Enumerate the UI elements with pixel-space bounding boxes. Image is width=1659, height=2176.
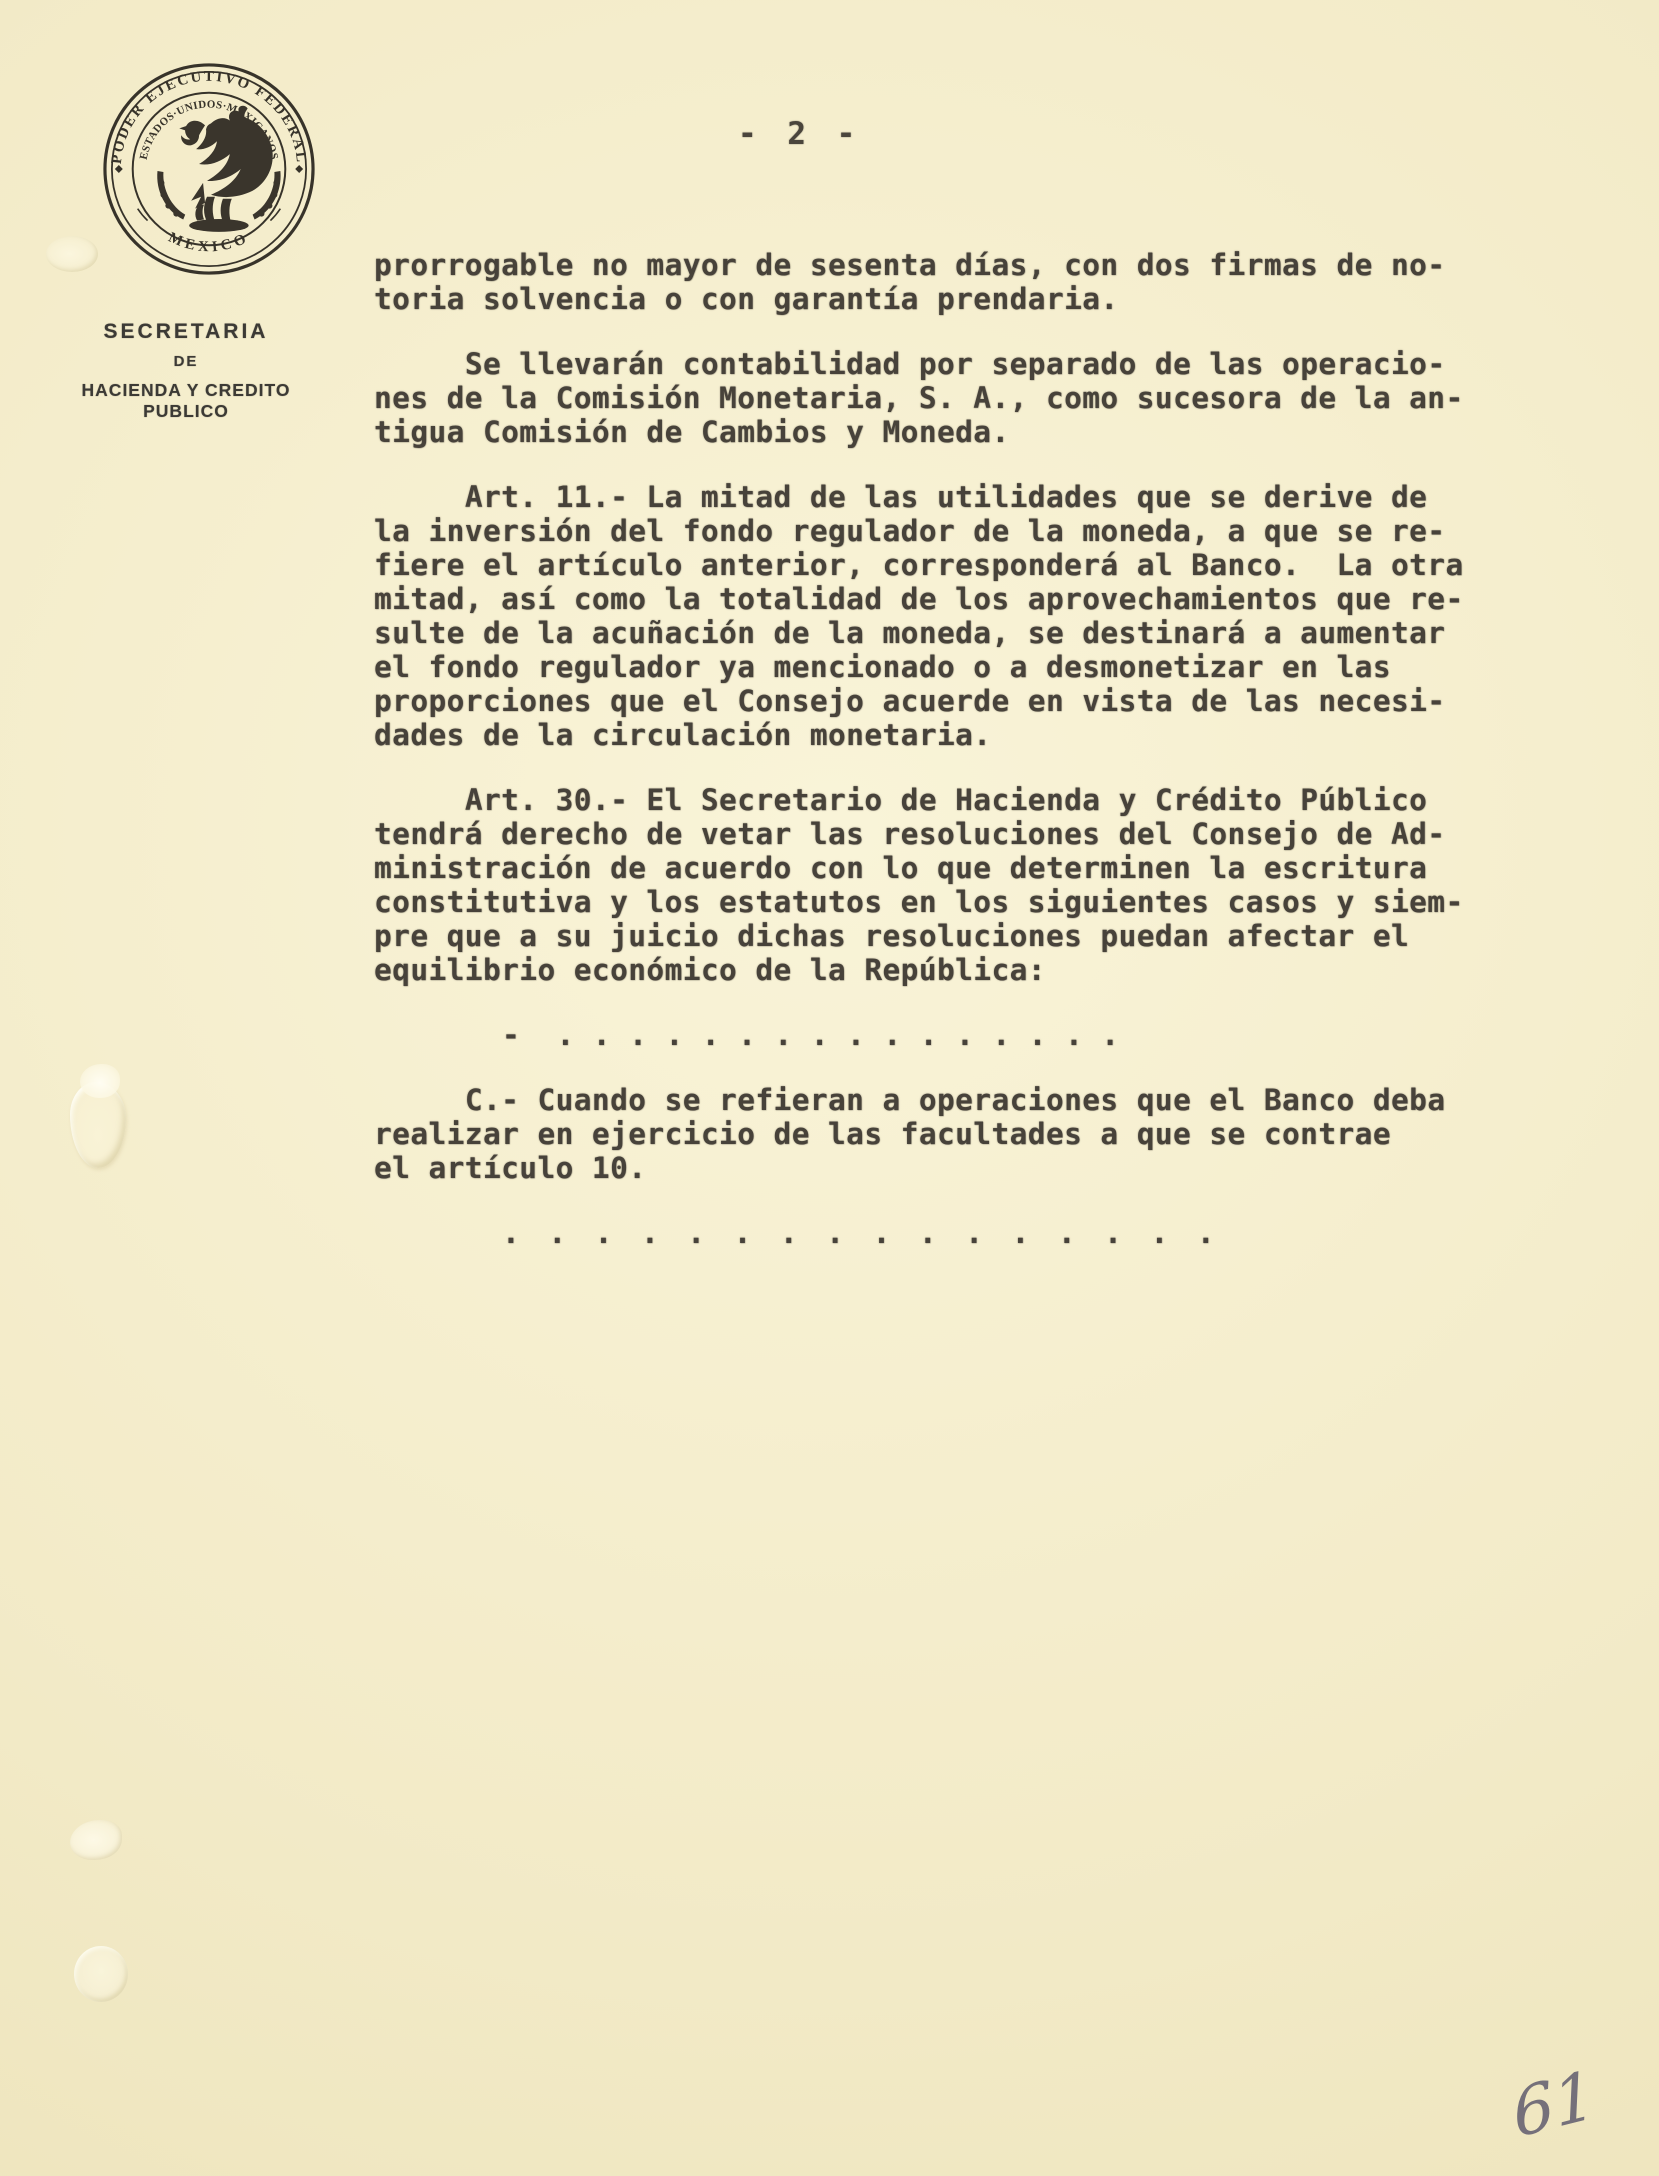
document-body: prorrogable no mayor de sesenta días, co… [374, 248, 1534, 1281]
document-page: PODER EJECUTIVO FEDERAL MEXICO ESTADOS·U… [0, 0, 1659, 2176]
seal-outer-text: PODER EJECUTIVO FEDERAL [109, 69, 309, 165]
agency-line-3: HACIENDA Y CREDITO PUBLICO [36, 380, 336, 422]
handwritten-folio-number: 61 [1508, 2056, 1600, 2153]
agency-letterhead: SECRETARIA DE HACIENDA Y CREDITO PUBLICO [36, 320, 336, 422]
seal-bottom-text: MEXICO [166, 230, 252, 256]
paragraph-articulo-11: Art. 11.- La mitad de las utilidades que… [374, 480, 1534, 752]
paper-blemish-bottom-left [74, 1946, 128, 2002]
torn-punch-hole [70, 1082, 126, 1168]
seal-graphic: PODER EJECUTIVO FEDERAL MEXICO ESTADOS·U… [100, 60, 318, 278]
paragraph-inciso-c: C.- Cuando se refieran a operaciones que… [374, 1083, 1534, 1185]
page-number: - 2 - [738, 116, 861, 152]
paper-blemish-top-left [46, 236, 98, 272]
paragraph-contabilidad: Se llevarán contabilidad por separado de… [374, 347, 1534, 449]
seal-left-diamond [115, 165, 123, 173]
seal-right-diamond [295, 165, 303, 173]
agency-line-2: DE [36, 353, 336, 370]
dotted-separator-2: . . . . . . . . . . . . . . . . [374, 1216, 1534, 1250]
agency-line-1: SECRETARIA [36, 320, 336, 344]
dotted-separator-1: - . . . . . . . . . . . . . . . . [374, 1018, 1534, 1052]
paragraph-continuation: prorrogable no mayor de sesenta días, co… [374, 248, 1534, 316]
paragraph-articulo-30: Art. 30.- El Secretario de Hacienda y Cr… [374, 783, 1534, 987]
paper-blemish-lower-left [70, 1820, 122, 1860]
government-seal: PODER EJECUTIVO FEDERAL MEXICO ESTADOS·U… [100, 60, 318, 278]
